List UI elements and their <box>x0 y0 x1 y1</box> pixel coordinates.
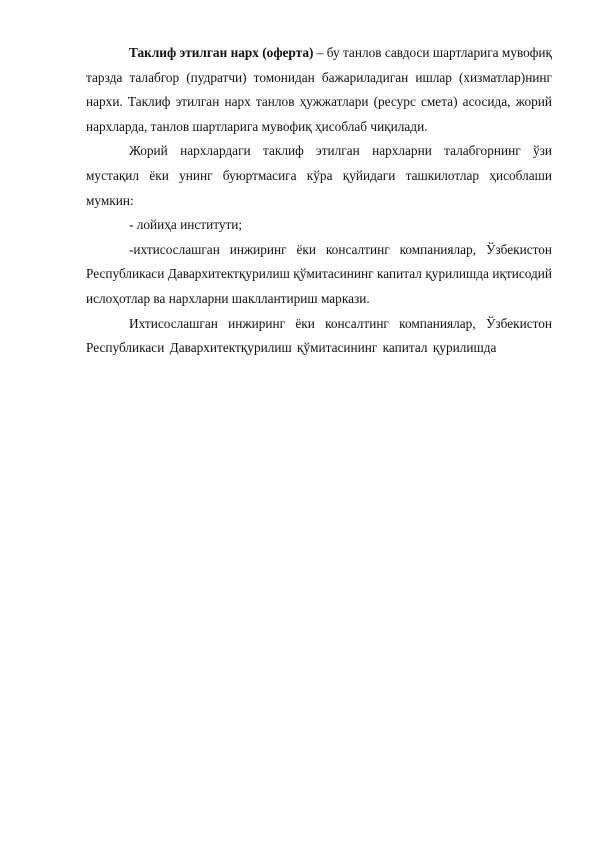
list-item-design-institute: - лойиҳа институти; <box>86 213 552 238</box>
paragraph-offer-definition: Таклиф этилган нарх (оферта) – бу танлов… <box>86 41 552 139</box>
paragraph-text: Жорий нархлардаги таклиф этилган нархлар… <box>86 143 552 207</box>
paragraph-text: - лойиҳа институти; <box>129 217 242 232</box>
paragraph-consulting-continued: Ихтисослашган инжиринг ёки консалтинг ко… <box>86 312 552 361</box>
paragraph-text: Ихтисослашган инжиринг ёки консалтинг ко… <box>86 316 552 356</box>
paragraph-text: -ихтисослашган инжиринг ёки консалтинг к… <box>86 242 552 306</box>
paragraph-calculators: Жорий нархлардаги таклиф этилган нархлар… <box>86 139 552 213</box>
term-bold: Таклиф этилган нарх (оферта) <box>129 45 313 60</box>
list-item-consulting-companies: -ихтисослашган инжиринг ёки консалтинг к… <box>86 238 552 312</box>
document-page: Таклиф этилган нарх (оферта) – бу танлов… <box>86 41 552 361</box>
